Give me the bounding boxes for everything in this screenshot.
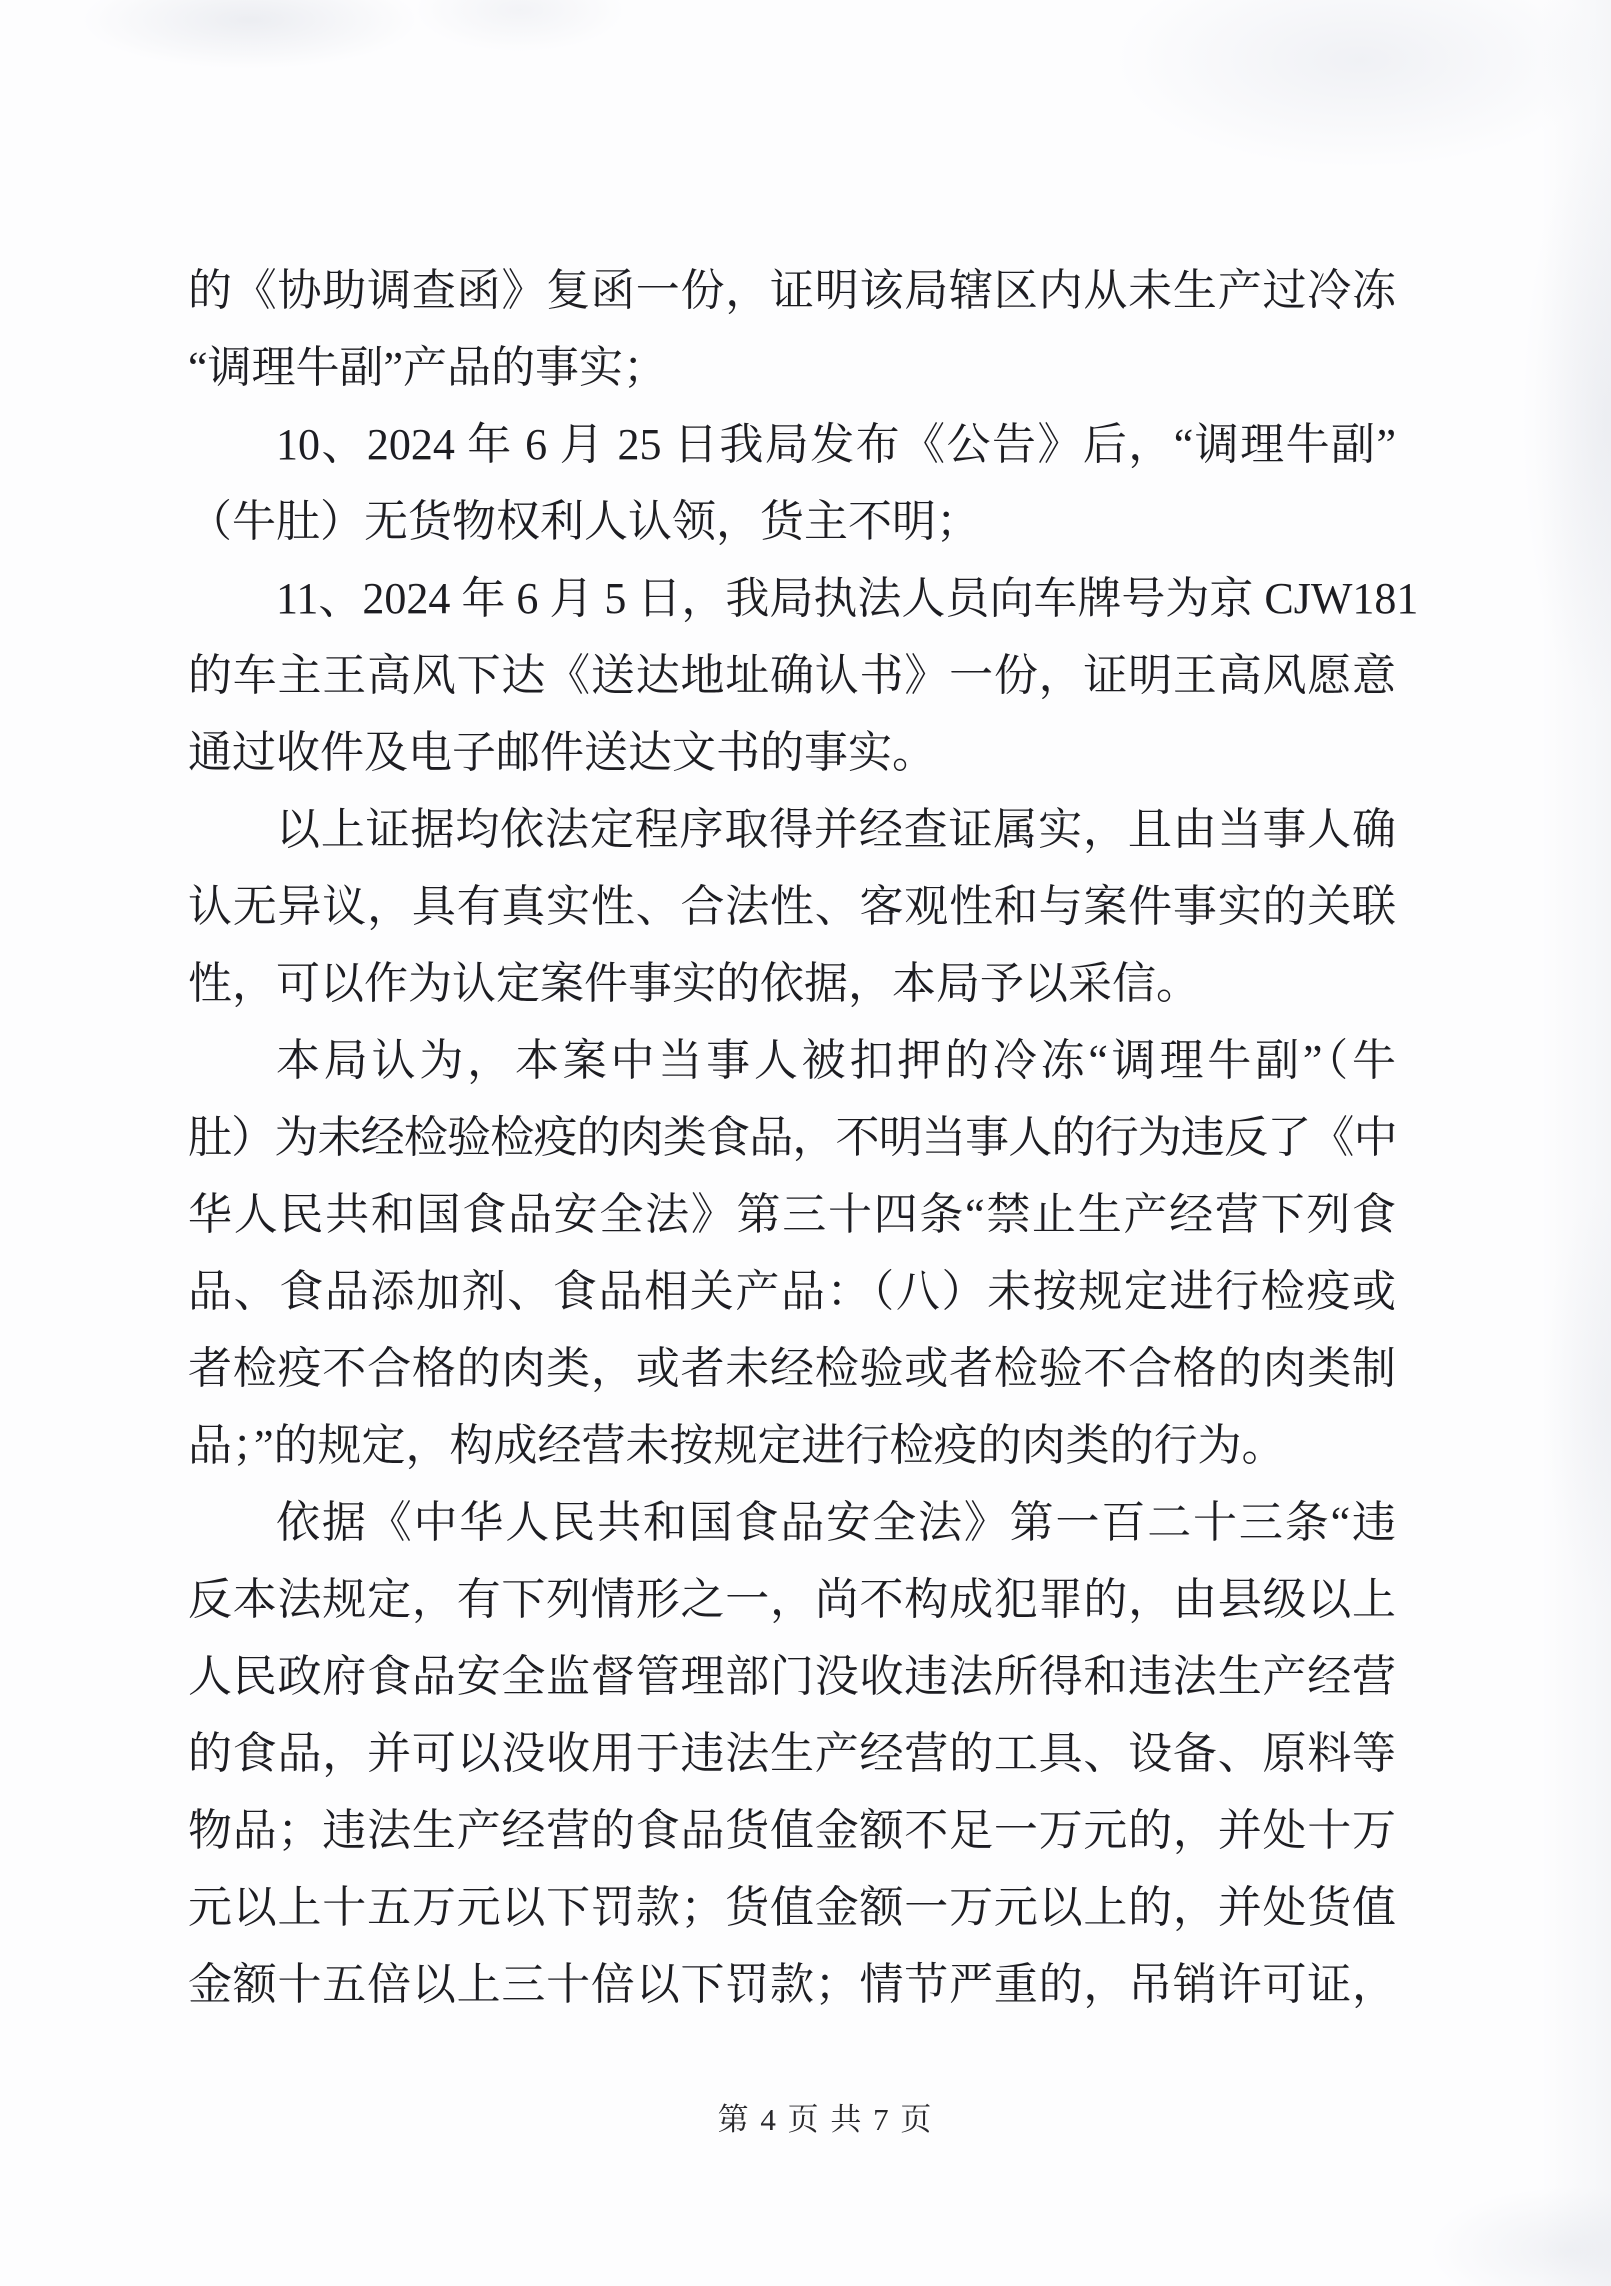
text-line: 华人民共和国食品安全法》第三十四条“禁止生产经营下列食 xyxy=(188,1176,1396,1253)
page-footer: 第 4 页 共 7 页 xyxy=(0,2098,1611,2142)
text-line: 依据《中华人民共和国食品安全法》第一百二十三条“违 xyxy=(188,1484,1396,1561)
text-line: 的食品，并可以没收用于违法生产经营的工具、设备、原料等 xyxy=(188,1715,1396,1792)
text-line: 肚）为未经检验检疫的肉类食品，不明当事人的行为违反了《中 xyxy=(188,1099,1396,1176)
document-page: 的《协助调查函》复函一份，证明该局辖区内从未生产过冷冻 “调理牛副”产品的事实；… xyxy=(0,0,1611,2286)
text-line: 认无异议，具有真实性、合法性、客观性和与案件事实的关联 xyxy=(188,868,1396,945)
page-number-label: 第 4 页 共 7 页 xyxy=(718,2102,934,2137)
text-line: 人民政府食品安全监督管理部门没收违法所得和违法生产经营 xyxy=(188,1638,1396,1715)
text-line: 10、2024 年 6 月 25 日我局发布《公告》后，“调理牛副” xyxy=(188,406,1396,483)
text-line: （牛肚）无货物权利人认领，货主不明； xyxy=(188,483,1396,560)
document-body: 的《协助调查函》复函一份，证明该局辖区内从未生产过冷冻 “调理牛副”产品的事实；… xyxy=(188,252,1396,2023)
text-line: 本局认为，本案中当事人被扣押的冷冻“调理牛副”（牛 xyxy=(188,1022,1396,1099)
text-line: 通过收件及电子邮件送达文书的事实。 xyxy=(188,714,1396,791)
text-line: 性，可以作为认定案件事实的依据，本局予以采信。 xyxy=(188,945,1396,1022)
text-line: 品；”的规定，构成经营未按规定进行检疫的肉类的行为。 xyxy=(188,1407,1396,1484)
text-line: 元以上十五万元以下罚款；货值金额一万元以上的，并处货值 xyxy=(188,1869,1396,1946)
text-line: 反本法规定，有下列情形之一，尚不构成犯罪的，由县级以上 xyxy=(188,1561,1396,1638)
text-line: 的车主王高风下达《送达地址确认书》一份，证明王高风愿意 xyxy=(188,637,1396,714)
text-line: 11、2024 年 6 月 5 日，我局执法人员向车牌号为京 CJW181 xyxy=(188,560,1396,637)
text-line: 金额十五倍以上三十倍以下罚款；情节严重的，吊销许可证， xyxy=(188,1946,1396,2023)
text-line: 物品；违法生产经营的食品货值金额不足一万元的，并处十万 xyxy=(188,1792,1396,1869)
text-line: 品、食品添加剂、食品相关产品：（八）未按规定进行检疫或 xyxy=(188,1253,1396,1330)
text-line: “调理牛副”产品的事实； xyxy=(188,329,1396,406)
text-line: 者检疫不合格的肉类，或者未经检验或者检验不合格的肉类制 xyxy=(188,1330,1396,1407)
text-line: 的《协助调查函》复函一份，证明该局辖区内从未生产过冷冻 xyxy=(188,252,1396,329)
text-line: 以上证据均依法定程序取得并经查证属实，且由当事人确 xyxy=(188,791,1396,868)
